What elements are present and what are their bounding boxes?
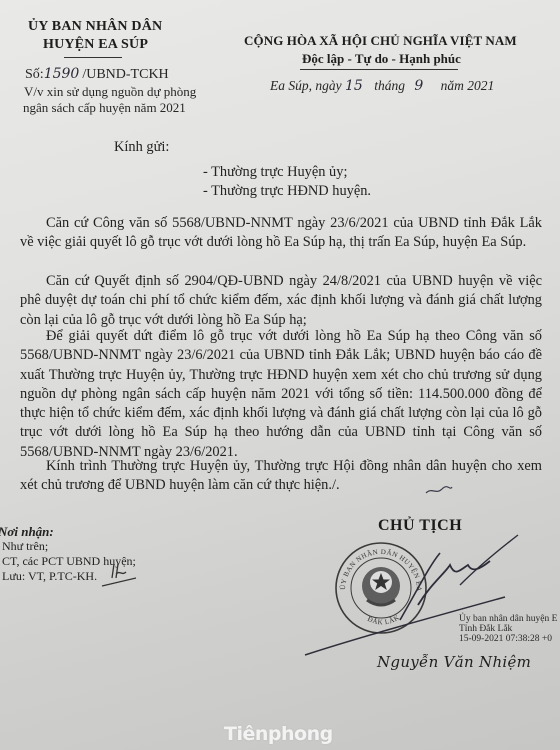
issuer-line-2: HUYỆN EA SÚP	[43, 37, 148, 53]
recipients-item-3: Lưu: VT, P.TC-KH.	[2, 569, 97, 584]
nation-title: CỘNG HÒA XÃ HỘI CHỦ NGHĨA VIỆT NAM	[244, 33, 517, 49]
number-handwritten: 1590	[44, 66, 80, 82]
date-place: Ea Súp, ngày	[270, 78, 342, 93]
greeting: Kính gửi:	[114, 138, 169, 157]
paragraph-1: Căn cứ Công văn số 5568/UBND-NNMT ngày 2…	[20, 214, 542, 253]
recipients-title: Nơi nhận:	[0, 524, 54, 540]
date-line: Ea Súp, ngày 15 tháng 9 năm 2021	[270, 78, 494, 94]
publisher-watermark: Tiênphong	[224, 723, 333, 745]
initial-squiggle-icon	[424, 483, 454, 497]
paragraph-4: Kính trình Thường trực Huyện ủy, Thường …	[20, 457, 542, 496]
motto-underline	[300, 69, 458, 70]
digital-sign-province: Tỉnh Đắk Lắk	[459, 624, 512, 635]
recipient-1: - Thường trực Huyện ủy;	[203, 163, 347, 182]
date-month-label: tháng	[374, 78, 405, 93]
number-suffix: /UBND-TCKH	[82, 67, 168, 82]
digital-sign-timestamp: 15-09-2021 07:38:28 +0	[459, 634, 552, 645]
motto: Độc lập - Tự do - Hạnh phúc	[302, 51, 461, 67]
date-day: 15	[345, 78, 363, 94]
paragraph-3: Để giải quyết dứt điểm lô gỗ trục vớt dư…	[20, 327, 542, 462]
issuer-line-1: ỦY BAN NHÂN DÂN	[28, 19, 162, 35]
digital-sign-org: Ủy ban nhân dân huyện E	[459, 614, 557, 625]
document-page: ỦY BAN NHÂN DÂN HUYỆN EA SÚP Số:1590/UBN…	[0, 0, 560, 750]
paragraph-2: Căn cứ Quyết định số 2904/QĐ-UBND ngày 2…	[20, 272, 542, 330]
subject-line-2: ngân sách cấp huyện năm 2021	[23, 100, 186, 116]
document-number: Số:1590/UBND-TCKH	[25, 66, 169, 83]
number-prefix: Số:	[25, 67, 44, 82]
recipients-item-1: Như trên;	[2, 539, 48, 554]
date-month: 9	[414, 78, 423, 94]
date-year: năm 2021	[441, 78, 495, 93]
signer-name: Nguyễn Văn Nhiệm	[377, 653, 531, 671]
initials-signature-icon	[100, 560, 140, 590]
subject-line-1: V/v xin sử dụng nguồn dự phòng	[24, 84, 196, 100]
issuer-underline	[64, 57, 122, 58]
recipient-2: - Thường trực HĐND huyện.	[203, 182, 371, 201]
